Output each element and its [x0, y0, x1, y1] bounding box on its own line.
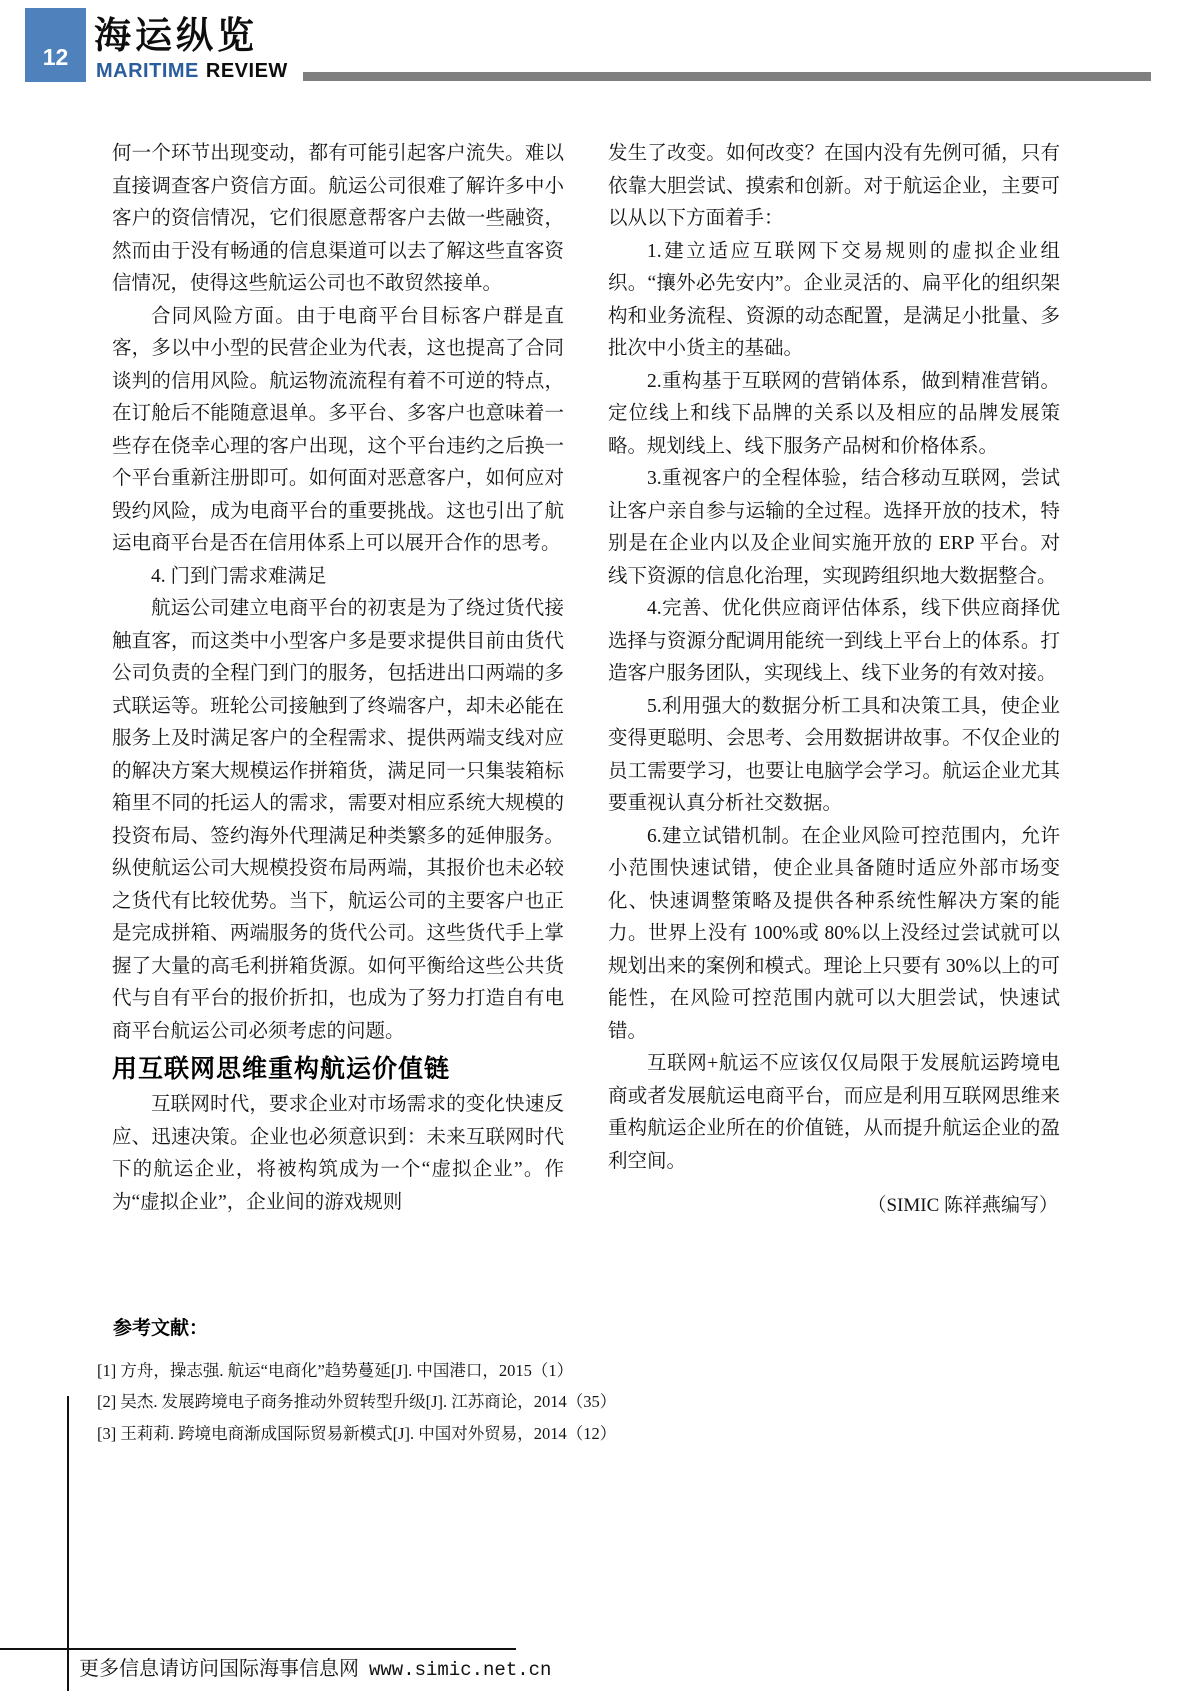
footer-url: www.simic.net.cn [369, 1659, 551, 1681]
reference-item: [1] 方舟，操志强. 航运“电商化”趋势蔓延[J]. 中国港口，2015（1） [97, 1355, 1017, 1387]
left-vertical-rule [67, 1396, 69, 1691]
paragraph: 航运公司建立电商平台的初衷是为了绕过货代接触直客，而这类中小型客户多是要求提供目… [112, 593, 564, 1048]
section-title-en: MARITIMEREVIEW [96, 61, 288, 81]
footer: 更多信息请访问国际海事信息网www.simic.net.cn [79, 1655, 551, 1684]
references-section: 参考文献： [1] 方舟，操志强. 航运“电商化”趋势蔓延[J]. 中国港口，2… [97, 1318, 1017, 1449]
references-heading: 参考文献： [113, 1318, 1017, 1341]
author-attribution: （SIMIC 陈祥燕编写） [608, 1190, 1060, 1223]
title-en-primary: MARITIME [96, 60, 199, 82]
footer-label: 更多信息请访问国际海事信息网 [79, 1658, 359, 1680]
list-point: 4.完善、优化供应商评估体系，线下供应商择优选择与资源分配调用能统一到线上平台上… [608, 593, 1060, 691]
section-heading: 用互联网思维重构航运价值链 [112, 1050, 564, 1089]
list-point: 3.重视客户的全程体验，结合移动互联网，尝试让客户亲自参与运输的全过程。选择开放… [608, 463, 1060, 593]
paragraph: 合同风险方面。由于电商平台目标客户群是直客，多以中小型的民营企业为代表，这也提高… [112, 301, 564, 561]
paragraph: 互联网+航运不应该仅仅局限于发展航运跨境电商或者发展航运电商平台，而应是利用互联… [608, 1048, 1060, 1178]
paragraph: 何一个环节出现变动，都有可能引起客户流失。难以直接调查客户资信方面。航运公司很难… [112, 138, 564, 301]
page-number-box: 12 [25, 8, 86, 82]
list-point: 6.建立试错机制。在企业风险可控范围内，允许小范围快速试错，使企业具备随时适应外… [608, 821, 1060, 1049]
paragraph: 互联网时代，要求企业对市场需求的变化快速反应、迅速决策。企业也必须意识到：未来互… [112, 1089, 564, 1219]
magazine-page: 12 海运纵览 MARITIMEREVIEW 何一个环节出现变动，都有可能引起客… [0, 0, 1200, 1698]
page-number: 12 [43, 46, 69, 82]
title-en-secondary: REVIEW [206, 60, 288, 82]
article-body: 何一个环节出现变动，都有可能引起客户流失。难以直接调查客户资信方面。航运公司很难… [112, 138, 1060, 1223]
footer-divider-line [0, 1648, 516, 1650]
reference-item: [2] 吴杰. 发展跨境电子商务推动外贸转型升级[J]. 江苏商论，2014（3… [97, 1386, 1017, 1418]
right-column: 发生了改变。如何改变？在国内没有先例可循，只有依靠大胆尝试、摸索和创新。对于航运… [608, 138, 1060, 1223]
list-point: 2.重构基于互联网的营销体系，做到精准营销。定位线上和线下品牌的关系以及相应的品… [608, 366, 1060, 464]
numbered-subheading: 4. 门到门需求难满足 [112, 561, 564, 594]
list-point: 1.建立适应互联网下交易规则的虚拟企业组织。“攘外必先安内”。企业灵活的、扁平化… [608, 236, 1060, 366]
section-title-cn: 海运纵览 [94, 16, 258, 57]
paragraph: 发生了改变。如何改变？在国内没有先例可循，只有依靠大胆尝试、摸索和创新。对于航运… [608, 138, 1060, 236]
list-point: 5.利用强大的数据分析工具和决策工具，使企业变得更聪明、会思考、会用数据讲故事。… [608, 691, 1060, 821]
left-column: 何一个环节出现变动，都有可能引起客户流失。难以直接调查客户资信方面。航运公司很难… [112, 138, 564, 1223]
header-divider-bar [303, 72, 1151, 81]
reference-item: [3] 王莉莉. 跨境电商渐成国际贸易新模式[J]. 中国对外贸易，2014（1… [97, 1418, 1017, 1450]
